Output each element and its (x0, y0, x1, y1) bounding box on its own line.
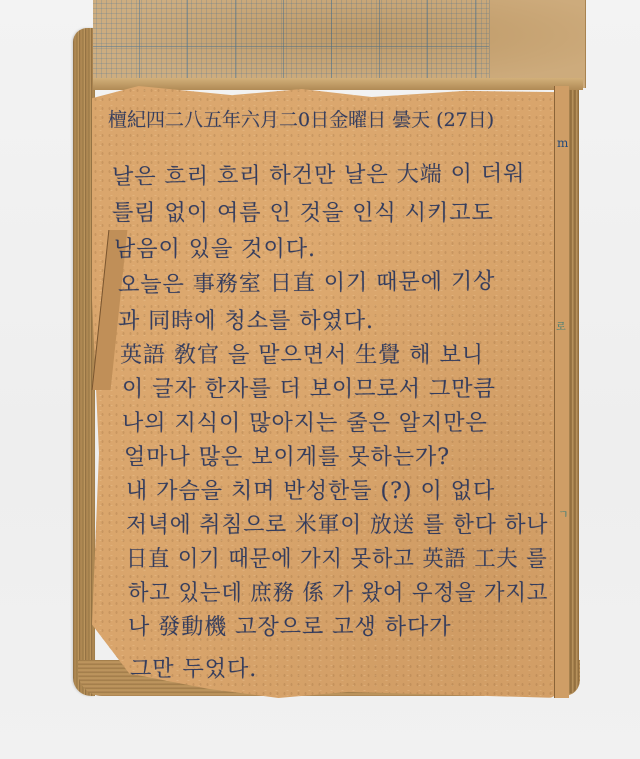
diary-line: 日直 이기 때문에 가지 못하고 英語 工夫 를 (126, 542, 548, 573)
photo-background: m 로 ㄱ 檀紀四二八五年六月二0日金曜日 曇天 (27日) 날은 흐리 흐리 … (0, 0, 640, 759)
diary-line: 틀림 없이 여름 인 것을 인식 시키고도 (112, 196, 494, 227)
diary-line: 저녁에 취침으로 米軍이 放送 를 한다 하나 (126, 508, 548, 539)
diary-line: 과 同時에 청소를 하였다. (118, 304, 374, 335)
diary-line: 얼마나 많은 보이게를 못하는가? (124, 440, 450, 471)
diary-line: 날은 흐리 흐리 하건만 날은 大端 이 더워 (112, 156, 526, 191)
handwritten-text: 檀紀四二八五年六月二0日金曜日 曇天 (27日) 날은 흐리 흐리 하건만 날은… (0, 0, 640, 759)
diary-line: 英語 敎官 을 맡으면서 生覺 해 보니 (120, 338, 484, 369)
diary-line: 나의 지식이 많아지는 줄은 알지만은 (122, 406, 488, 437)
diary-line: 오늘은 事務室 日直 이기 때문에 기상 (118, 264, 496, 299)
diary-line: 하고 있는데 庶務 係 가 왔어 우정을 가지고 (128, 576, 548, 607)
diary-line: 나 發動機 고장으로 고생 하다가 (128, 610, 452, 641)
diary-line: 그만 두었다. (130, 652, 257, 683)
diary-line: 내 가슴을 치며 반성한들 (?) 이 없다 (126, 474, 495, 505)
diary-line: 남음이 있을 것이다. (114, 232, 316, 263)
diary-date-header: 檀紀四二八五年六月二0日金曜日 曇天 (27日) (108, 105, 494, 132)
diary-line: 이 글자 한자를 더 보이므로서 그만큼 (122, 372, 496, 403)
